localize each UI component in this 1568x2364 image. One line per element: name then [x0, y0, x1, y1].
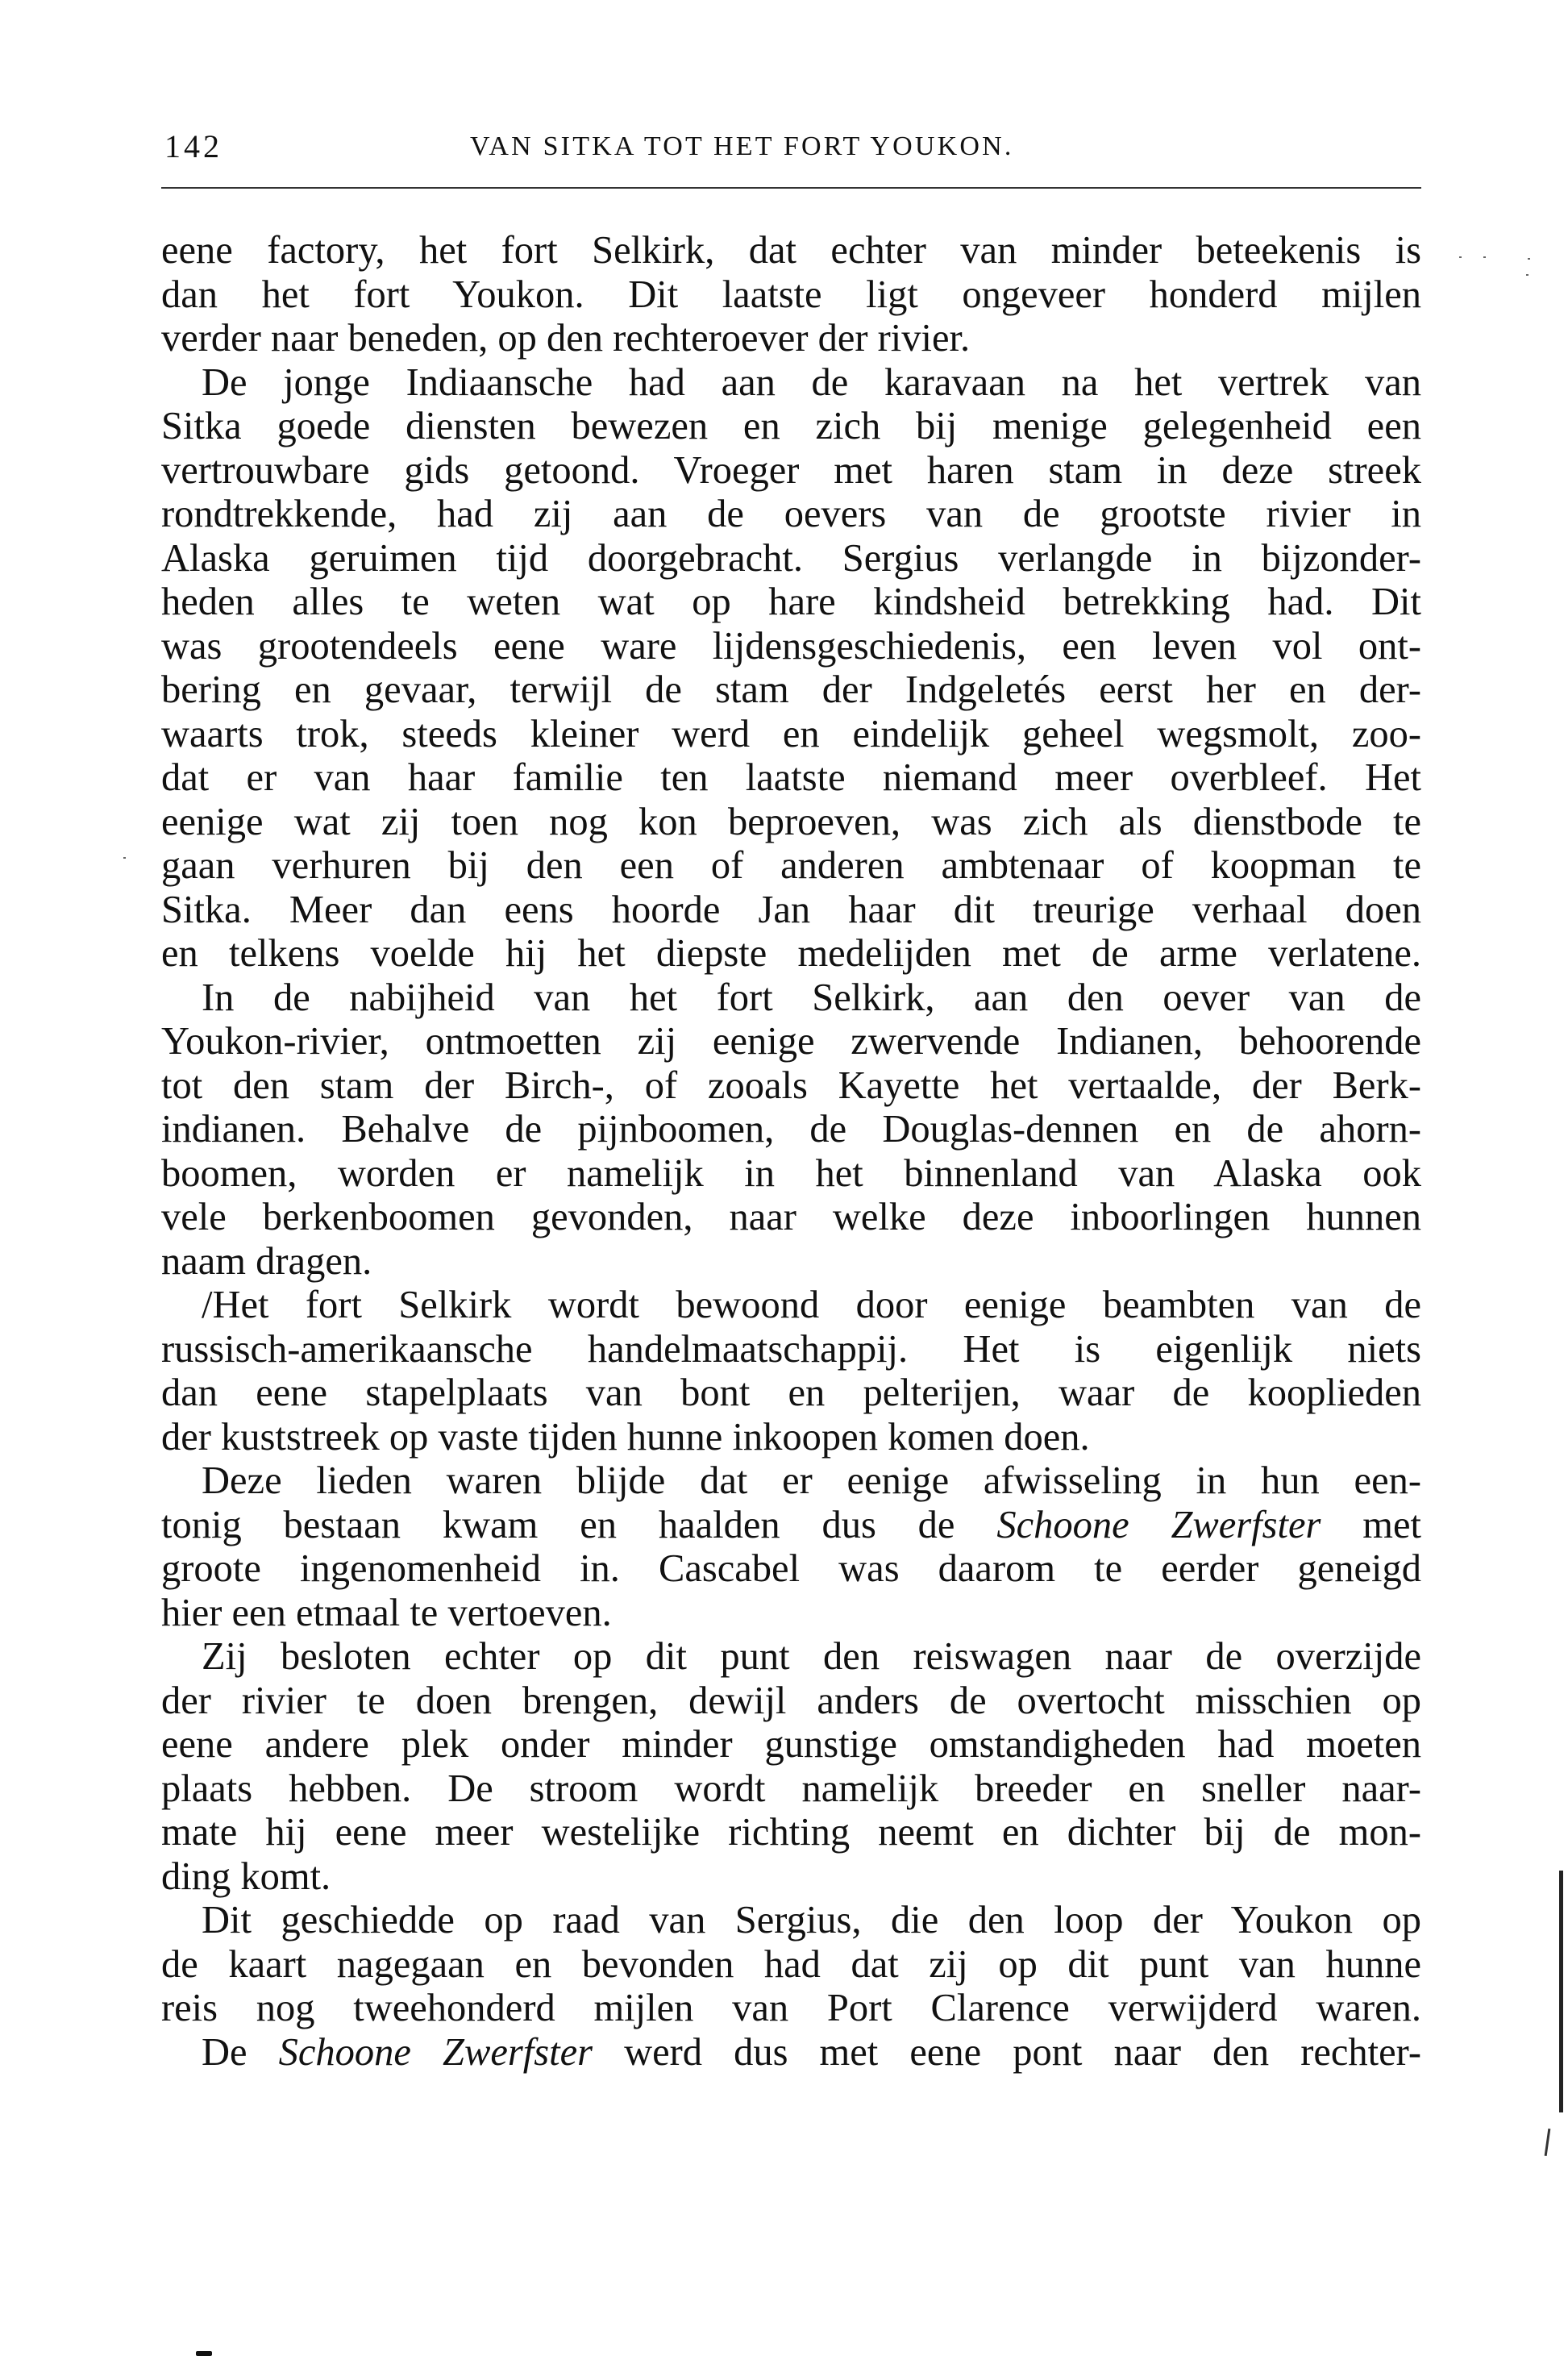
- running-head: 142 VAN SITKA TOT HET FORT YOUKON.: [161, 123, 1421, 171]
- paragraph-first-line-with-italic: De Schoone Zwerfster werd dus met eene p…: [161, 2031, 1421, 2075]
- text-line: eenige wat zij toen nog kon beproeven, w…: [161, 801, 1421, 845]
- body-text: eene factory, het fort Selkirk, dat echt…: [161, 229, 1421, 2075]
- paragraph-first-line: In de nabijheid van het fort Selkirk, aa…: [161, 976, 1421, 1021]
- text-line: vele berkenboomen gevonden, naar welke d…: [161, 1196, 1421, 1240]
- text-line: hier een etmaal te vertoeven.: [161, 1592, 1421, 1636]
- text-line: boomen, worden er namelijk in het binnen…: [161, 1152, 1421, 1197]
- header-rule-divider: [161, 187, 1421, 189]
- text-line: russisch-amerikaansche handelmaatschappi…: [161, 1328, 1421, 1372]
- text-line: heden alles te weten wat op hare kindshe…: [161, 581, 1421, 625]
- text-line: ding komt.: [161, 1855, 1421, 1900]
- text-line: Alaska geruimen tijd doorgebracht. Sergi…: [161, 537, 1421, 581]
- ship-name-italic: Schoone Zwerfster: [279, 2031, 593, 2074]
- text-line: Youkon-rivier, ontmoetten zij eenige zwe…: [161, 1020, 1421, 1064]
- text-line: reis nog tweehonderd mijlen van Port Cla…: [161, 1987, 1421, 2031]
- scan-speck: [123, 857, 126, 859]
- text-line: vertrouwbare gids getoond. Vroeger met h…: [161, 449, 1421, 493]
- text-line: groote ingenomenheid in. Cascabel was da…: [161, 1547, 1421, 1592]
- text-line: eene factory, het fort Selkirk, dat echt…: [161, 229, 1421, 273]
- scan-speck: [1528, 258, 1530, 260]
- book-page: 142 VAN SITKA TOT HET FORT YOUKON. eene …: [0, 0, 1568, 2364]
- running-title: VAN SITKA TOT HET FORT YOUKON.: [470, 123, 1014, 171]
- text-line: bering en gevaar, terwijl de stam der In…: [161, 668, 1421, 713]
- text-line-with-italic: tonig bestaan kwam en haalden dus de Sch…: [161, 1504, 1421, 1548]
- paragraph-first-line: Zij besloten echter op dit punt den reis…: [161, 1635, 1421, 1679]
- text-line: tot den stam der Birch-, of zooals Kayet…: [161, 1064, 1421, 1109]
- text-line: Sitka. Meer dan eens hoorde Jan haar dit…: [161, 889, 1421, 933]
- text-line: gaan verhuren bij den een of anderen amb…: [161, 844, 1421, 889]
- scan-speck: [1483, 256, 1486, 258]
- text-line: de kaart nagegaan en bevonden had dat zi…: [161, 1943, 1421, 1987]
- text-line: mate hij eene meer westelijke richting n…: [161, 1811, 1421, 1855]
- text-line: der rivier te doen brengen, dewijl ander…: [161, 1679, 1421, 1724]
- scan-speck: [1459, 256, 1462, 258]
- paragraph-first-line: Dit geschiedde op raad van Sergius, die …: [161, 1899, 1421, 1943]
- text-line: Sitka goede diensten bewezen en zich bij…: [161, 405, 1421, 449]
- text-line: rondtrekkende, had zij aan de oevers van…: [161, 493, 1421, 537]
- scan-page-edge-artifact: [1545, 2129, 1551, 2156]
- text-line: naam dragen.: [161, 1240, 1421, 1284]
- text-line: indianen. Behalve de pijnboomen, de Doug…: [161, 1108, 1421, 1152]
- paragraph-first-line: De jonge Indiaansche had aan de karavaan…: [161, 361, 1421, 406]
- text-line: dan het fort Youkon. Dit laatste ligt on…: [161, 273, 1421, 318]
- text-line: dat er van haar familie ten laatste niem…: [161, 756, 1421, 801]
- text-line: dan eene stapelplaats van bont en pelter…: [161, 1371, 1421, 1416]
- text-line: der kuststreek op vaste tijden hunne ink…: [161, 1416, 1421, 1460]
- text-line: waarts trok, steeds kleiner werd en eind…: [161, 713, 1421, 757]
- text-line: verder naar beneden, op den rechteroever…: [161, 317, 1421, 361]
- text-line: en telkens voelde hij het diepste medeli…: [161, 932, 1421, 976]
- paragraph-first-line: Deze lieden waren blijde dat er eenige a…: [161, 1459, 1421, 1504]
- scan-page-edge-artifact: [1559, 1871, 1563, 2112]
- text-line: plaats hebben. De stroom wordt namelijk …: [161, 1767, 1421, 1812]
- scan-ink-mark: [196, 2351, 212, 2356]
- ship-name-italic: Schoone Zwerfster: [996, 1504, 1321, 1546]
- page-number: 142: [164, 123, 223, 171]
- text-line: was grootendeels eene ware lijdensgeschi…: [161, 625, 1421, 669]
- paragraph-first-line: /Het fort Selkirk wordt bewoond door een…: [161, 1284, 1421, 1328]
- text-line: eene andere plek onder minder gunstige o…: [161, 1723, 1421, 1767]
- scan-speck: [1526, 274, 1528, 276]
